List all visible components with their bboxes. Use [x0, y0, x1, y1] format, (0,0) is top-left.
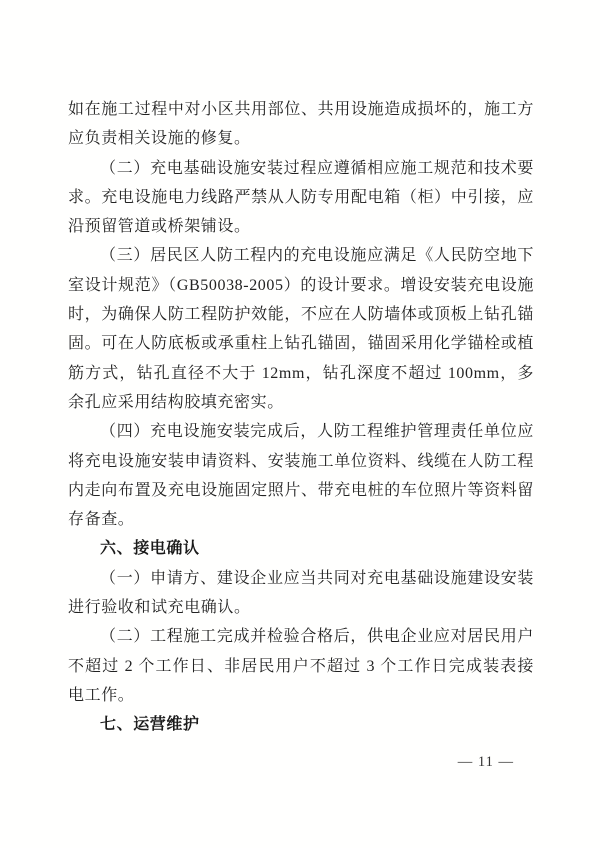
paragraph-section6-clause-2: （二）工程施工完成并检验合格后，供电企业应对居民用户不超过 2 个工作日、非居民… — [68, 622, 534, 710]
document-content: 如在施工过程中对小区共用部位、共用设施造成损坏的，施工方应负责相关设施的修复。 … — [68, 95, 534, 740]
paragraph-clause-2: （二）充电基础设施安装过程应遵循相应施工规范和技术要求。充电设施电力线路严禁从人… — [68, 154, 534, 242]
paragraph-section6-clause-1: （一）申请方、建设企业应当共同对充电基础设施建设安装进行验收和试充电确认。 — [68, 564, 534, 623]
paragraph-continuation: 如在施工过程中对小区共用部位、共用设施造成损坏的，施工方应负责相关设施的修复。 — [68, 95, 534, 154]
paragraph-clause-4: （四）充电设施安装完成后，人防工程维护管理责任单位应将充电设施安装申请资料、安装… — [68, 417, 534, 534]
paragraph-clause-3: （三）居民区人防工程内的充电设施应满足《人民防空地下室设计规范》（GB50038… — [68, 241, 534, 417]
page-number: — 11 — — [458, 754, 514, 771]
section-heading-6: 六、接电确认 — [68, 534, 534, 563]
section-heading-7: 七、运营维护 — [68, 710, 534, 739]
document-page: 如在施工过程中对小区共用部位、共用设施造成损坏的，施工方应负责相关设施的修复。 … — [0, 0, 600, 848]
